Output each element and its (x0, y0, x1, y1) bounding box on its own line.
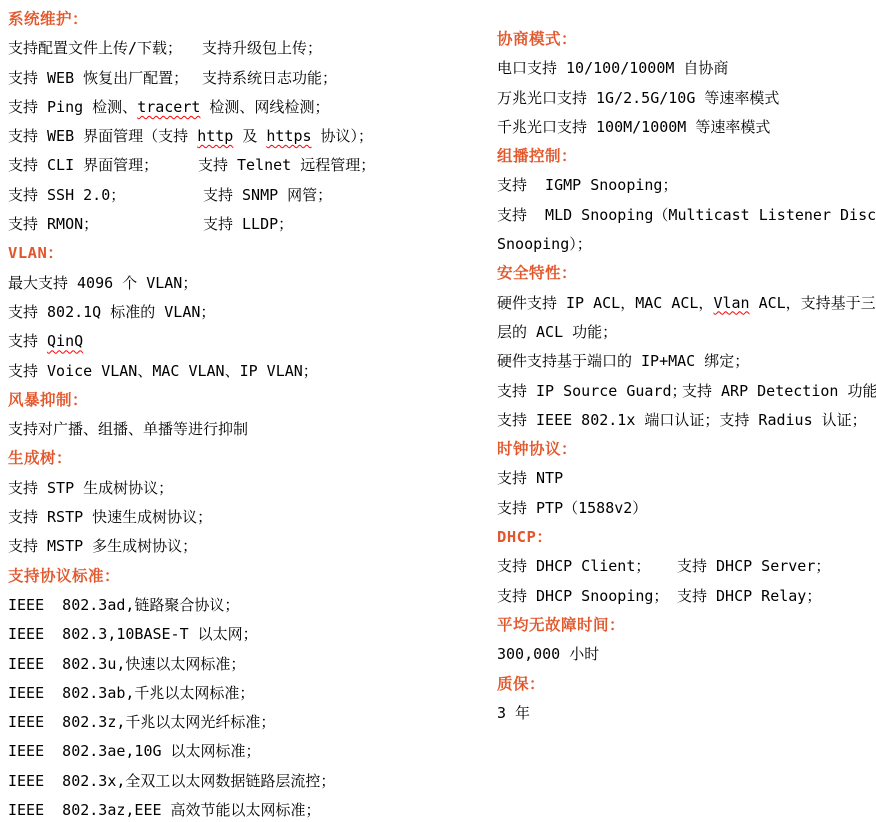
spec-line: 支持 STP 生成树协议； (8, 474, 497, 503)
text-run: 支持升级包上传； (202, 39, 322, 57)
text-run: 支持 Telnet 远程管理； (198, 156, 375, 174)
text-run: 最大支持 4096 个 VLAN； (8, 274, 197, 292)
spec-line: 支持 NTP (497, 464, 868, 493)
spec-line: 支持 SSH 2.0；支持 SNMP 网管； (8, 181, 497, 210)
text-run: 支持 WEB 界面管理（支持 (8, 127, 197, 145)
spec-text-segment: 支持 Telnet 远程管理； (198, 151, 375, 180)
spec-text-segment: VLAN： (8, 239, 63, 268)
spellcheck-word: QinQ (47, 332, 83, 350)
text-run: 及 (233, 127, 266, 145)
text-run: DHCP： (497, 528, 552, 546)
spec-text-segment: 支持 CLI 界面管理； (8, 151, 198, 180)
text-run: 硬件支持基于端口的 IP+MAC 绑定； (497, 352, 749, 370)
spec-line: IEEE 802.3,10BASE-T 以太网； (8, 620, 497, 649)
text-run: 支持 RSTP 快速生成树协议； (8, 508, 212, 526)
spec-text-segment: IEEE 802.3ab,千兆以太网标准； (8, 679, 254, 708)
text-run: 万兆光口支持 1G/2.5G/10G 等速率模式 (497, 89, 779, 107)
text-run: 平均无故障时间： (497, 616, 625, 634)
text-run: 检测、网线检测； (200, 98, 329, 116)
spec-line: 支持 RMON；支持 LLDP； (8, 210, 497, 239)
spec-line: 支持 PTP（1588v2） (497, 494, 868, 523)
spec-text-segment: 硬件支持基于端口的 IP+MAC 绑定； (497, 347, 749, 376)
spec-text-segment: 支持系统日志功能； (202, 64, 337, 93)
section-heading: 组播控制： (497, 142, 868, 171)
spec-text-segment: 安全特性： (497, 259, 577, 288)
spec-text-segment: IEEE 802.3x,全双工以太网数据链路层流控； (8, 767, 335, 796)
spec-line: 支持 IGMP Snooping； (497, 171, 868, 200)
spec-text-segment: 支持协议标准： (8, 562, 120, 591)
spec-line: 硬件支持基于端口的 IP+MAC 绑定； (497, 347, 868, 376)
spec-text-segment: DHCP： (497, 523, 552, 552)
text-run: IEEE 802.3ae,10G 以太网标准； (8, 742, 261, 760)
text-run: 3 年 (497, 704, 530, 722)
spec-column-right: 协商模式：电口支持 10/100/1000M 自协商万兆光口支持 1G/2.5G… (497, 0, 868, 822)
spec-line: 支持 MSTP 多生成树协议； (8, 532, 497, 561)
spec-text-segment: IEEE 802.3,10BASE-T 以太网； (8, 620, 258, 649)
text-run: 生成树： (8, 449, 72, 467)
spec-line: IEEE 802.3ab,千兆以太网标准； (8, 679, 497, 708)
spec-text-segment: 组播控制： (497, 142, 577, 171)
spec-text-segment: 支持 SSH 2.0； (8, 181, 203, 210)
spec-text-segment: 生成树： (8, 444, 72, 473)
spec-text-segment: 时钟协议： (497, 435, 577, 464)
spec-text-segment: 系统维护： (8, 5, 88, 34)
section-heading: 支持协议标准： (8, 562, 497, 591)
spec-text-segment: 协商模式： (497, 25, 577, 54)
spec-line: IEEE 802.3x,全双工以太网数据链路层流控； (8, 767, 497, 796)
spec-text-segment: 支持配置文件上传/下载； (8, 34, 202, 63)
section-heading: 生成树： (8, 444, 497, 473)
spec-line: 支持配置文件上传/下载；支持升级包上传； (8, 34, 497, 63)
text-run: 支持 Ping 检测、 (8, 98, 137, 116)
spec-line: 支持 DHCP Snooping；支持 DHCP Relay； (497, 582, 868, 611)
spec-text-segment: 支持 SNMP 网管； (203, 181, 332, 210)
text-run: 支持 Radius 认证； (719, 411, 866, 429)
text-run: 系统维护： (8, 10, 88, 28)
spec-text-segment: 支持 RSTP 快速生成树协议； (8, 503, 212, 532)
section-heading: 时钟协议： (497, 435, 868, 464)
spec-text-segment: 支持升级包上传； (202, 34, 322, 63)
spec-line: 支持 CLI 界面管理；支持 Telnet 远程管理； (8, 151, 497, 180)
spec-sheet-page: 系统维护：支持配置文件上传/下载；支持升级包上传；支持 WEB 恢复出厂配置；支… (0, 0, 876, 822)
text-run: 支持 STP 生成树协议； (8, 479, 173, 497)
spec-text-segment: 支持 DHCP Snooping； (497, 582, 677, 611)
spec-text-segment: 支持 WEB 恢复出厂配置； (8, 64, 202, 93)
text-run: 支持配置文件上传/下载； (8, 39, 182, 57)
section-heading: 安全特性： (497, 259, 868, 288)
text-run: 支持 DHCP Relay； (677, 587, 821, 605)
text-run: 支持 IGMP Snooping； (497, 176, 677, 194)
text-run: IEEE 802.3u,快速以太网标准； (8, 655, 245, 673)
spec-text-segment: 支持 Voice VLAN、MAC VLAN、IP VLAN； (8, 357, 318, 386)
spec-text-segment: 支持 WEB 界面管理（支持 http 及 https 协议）； (8, 122, 373, 151)
spellcheck-word: https (266, 127, 311, 145)
spec-text-segment: 电口支持 10/100/1000M 自协商 (497, 54, 728, 83)
spec-text-segment: 支持 LLDP； (203, 210, 293, 239)
section-heading: 平均无故障时间： (497, 611, 868, 640)
spellcheck-word: Vlan (713, 294, 749, 312)
spec-text-segment: 千兆光口支持 100M/1000M 等速率模式 (497, 113, 770, 142)
spec-text-segment: IEEE 802.3u,快速以太网标准； (8, 650, 245, 679)
spec-line: 支持 Voice VLAN、MAC VLAN、IP VLAN； (8, 357, 497, 386)
spec-text-segment: 3 年 (497, 699, 530, 728)
spec-line: 300,000 小时 (497, 640, 868, 669)
text-run: 支持 WEB 恢复出厂配置； (8, 69, 188, 87)
spec-text-segment: 万兆光口支持 1G/2.5G/10G 等速率模式 (497, 84, 779, 113)
spec-line: 万兆光口支持 1G/2.5G/10G 等速率模式 (497, 84, 868, 113)
text-run: 支持 SSH 2.0； (8, 186, 125, 204)
text-run: 支持 DHCP Client； (497, 557, 650, 575)
text-run: ACL，支持基于三、四 (750, 294, 876, 312)
text-run: IEEE 802.3z,千兆以太网光纤标准； (8, 713, 275, 731)
spec-text-segment: 支持 IEEE 802.1x 端口认证； (497, 406, 719, 435)
text-run: IEEE 802.3az,EEE 高效节能以太网标准； (8, 801, 321, 819)
spec-line: IEEE 802.3z,千兆以太网光纤标准； (8, 708, 497, 737)
spec-text-segment: 支持 Radius 认证； (719, 406, 866, 435)
spec-line: 支持 WEB 界面管理（支持 http 及 https 协议）； (8, 122, 497, 151)
spec-text-segment: 300,000 小时 (497, 640, 599, 669)
text-run: VLAN： (8, 244, 63, 262)
spec-text-segment: 支持 RMON； (8, 210, 203, 239)
spec-text-segment: 支持 ARP Detection 功能； (682, 377, 876, 406)
spec-line: IEEE 802.3ae,10G 以太网标准； (8, 737, 497, 766)
text-run: IEEE 802.3ab,千兆以太网标准； (8, 684, 254, 702)
spec-line: 电口支持 10/100/1000M 自协商 (497, 54, 868, 83)
spec-column-left: 系统维护：支持配置文件上传/下载；支持升级包上传；支持 WEB 恢复出厂配置；支… (0, 0, 497, 822)
text-run: 支持协议标准： (8, 567, 120, 585)
spec-text-segment: 支持 DHCP Server； (677, 552, 830, 581)
spec-line: 最大支持 4096 个 VLAN； (8, 269, 497, 298)
spec-line: 支持 MLD Snooping（Multicast Listener Disco… (497, 201, 868, 230)
text-run: 支持 PTP（1588v2） (497, 499, 647, 517)
spec-line: 支持 Ping 检测、tracert 检测、网线检测； (8, 93, 497, 122)
spec-line: IEEE 802.3u,快速以太网标准； (8, 650, 497, 679)
spec-text-segment: 支持 IGMP Snooping； (497, 171, 677, 200)
spec-text-segment: Snooping）； (497, 230, 592, 259)
text-run: 协议）； (312, 127, 374, 145)
spec-text-segment: 支持对广播、组播、单播等进行抑制 (8, 415, 248, 444)
section-heading: 协商模式： (497, 25, 868, 54)
text-run: 支持 MLD Snooping（Multicast Listener Disco… (497, 206, 876, 224)
spec-text-segment: 硬件支持 IP ACL，MAC ACL，Vlan ACL，支持基于三、四 (497, 289, 876, 318)
spec-text-segment: IEEE 802.3az,EEE 高效节能以太网标准； (8, 796, 321, 822)
section-heading: 质保： (497, 670, 868, 699)
spec-line: 支持对广播、组播、单播等进行抑制 (8, 415, 497, 444)
text-run: 支持 IP Source Guard； (497, 382, 687, 400)
spec-text-segment: IEEE 802.3ae,10G 以太网标准； (8, 737, 261, 766)
spellcheck-word: http (197, 127, 233, 145)
spec-text-segment: 支持 STP 生成树协议； (8, 474, 173, 503)
text-run: Snooping）； (497, 235, 592, 253)
spec-line: 支持 802.1Q 标准的 VLAN； (8, 298, 497, 327)
text-run: 支持 NTP (497, 469, 563, 487)
spec-line: 支持 QinQ (8, 327, 497, 356)
text-run: IEEE 802.3ad,链路聚合协议； (8, 596, 239, 614)
spec-text-segment: 质保： (497, 670, 545, 699)
spec-line: Snooping）； (497, 230, 868, 259)
text-run: 支持 IEEE 802.1x 端口认证； (497, 411, 719, 429)
spec-text-segment: IEEE 802.3ad,链路聚合协议； (8, 591, 239, 620)
spec-text-segment: 支持 QinQ (8, 327, 83, 356)
text-run: 协商模式： (497, 30, 577, 48)
text-run: 千兆光口支持 100M/1000M 等速率模式 (497, 118, 770, 136)
section-heading: DHCP： (497, 523, 868, 552)
spec-line: 千兆光口支持 100M/1000M 等速率模式 (497, 113, 868, 142)
text-run: 支持 MSTP 多生成树协议； (8, 537, 197, 555)
spec-line: 支持 WEB 恢复出厂配置；支持系统日志功能； (8, 64, 497, 93)
section-heading: VLAN： (8, 239, 497, 268)
spec-text-segment: IEEE 802.3z,千兆以太网光纤标准； (8, 708, 275, 737)
spec-text-segment: 层的 ACL 功能； (497, 318, 617, 347)
text-run: 支持系统日志功能； (202, 69, 337, 87)
text-run: 支持 ARP Detection 功能； (682, 382, 876, 400)
text-run: 支持 LLDP； (203, 215, 293, 233)
spec-text-segment: 支持 PTP（1588v2） (497, 494, 647, 523)
text-run: 300,000 小时 (497, 645, 599, 663)
text-run: 支持 DHCP Server； (677, 557, 830, 575)
text-run: 安全特性： (497, 264, 577, 282)
text-run: IEEE 802.3,10BASE-T 以太网； (8, 625, 258, 643)
spec-line: IEEE 802.3ad,链路聚合协议； (8, 591, 497, 620)
spec-text-segment: 支持 802.1Q 标准的 VLAN； (8, 298, 215, 327)
spec-line: 支持 IP Source Guard；支持 ARP Detection 功能； (497, 377, 868, 406)
text-run: 时钟协议： (497, 440, 577, 458)
spec-line: IEEE 802.3az,EEE 高效节能以太网标准； (8, 796, 497, 822)
text-run: 质保： (497, 675, 545, 693)
spec-line: 支持 DHCP Client；支持 DHCP Server； (497, 552, 868, 581)
spec-line: 3 年 (497, 699, 868, 728)
spec-line: 层的 ACL 功能； (497, 318, 868, 347)
text-run: IEEE 802.3x,全双工以太网数据链路层流控； (8, 772, 335, 790)
section-heading: 风暴抑制： (8, 386, 497, 415)
spec-text-segment: 支持 DHCP Relay； (677, 582, 821, 611)
spec-text-segment: 支持 NTP (497, 464, 563, 493)
text-run: 支持 SNMP 网管； (203, 186, 332, 204)
spec-text-segment: 支持 IP Source Guard； (497, 377, 682, 406)
spec-line: 支持 IEEE 802.1x 端口认证；支持 Radius 认证； (497, 406, 868, 435)
text-run: 风暴抑制： (8, 391, 88, 409)
spec-text-segment: 支持 Ping 检测、tracert 检测、网线检测； (8, 93, 329, 122)
text-run: 支持 RMON； (8, 215, 98, 233)
text-run: 层的 ACL 功能； (497, 323, 617, 341)
section-heading: 系统维护： (8, 5, 497, 34)
spec-text-segment: 支持 DHCP Client； (497, 552, 677, 581)
text-run: 组播控制： (497, 147, 577, 165)
text-run: 电口支持 10/100/1000M 自协商 (497, 59, 728, 77)
spec-text-segment: 平均无故障时间： (497, 611, 625, 640)
text-run: 支持 802.1Q 标准的 VLAN； (8, 303, 215, 321)
text-run: 支持 CLI 界面管理； (8, 156, 158, 174)
spec-line: 硬件支持 IP ACL，MAC ACL，Vlan ACL，支持基于三、四 (497, 289, 868, 318)
spec-text-segment: 最大支持 4096 个 VLAN； (8, 269, 197, 298)
spec-text-segment: 支持 MSTP 多生成树协议； (8, 532, 197, 561)
text-run: 支持对广播、组播、单播等进行抑制 (8, 420, 248, 438)
text-run: 支持 DHCP Snooping； (497, 587, 668, 605)
text-run: 支持 Voice VLAN、MAC VLAN、IP VLAN； (8, 362, 318, 380)
spec-line: 支持 RSTP 快速生成树协议； (8, 503, 497, 532)
text-run: 硬件支持 IP ACL，MAC ACL， (497, 294, 713, 312)
text-run: 支持 (8, 332, 47, 350)
spellcheck-word: tracert (137, 98, 200, 116)
spec-text-segment: 风暴抑制： (8, 386, 88, 415)
spec-text-segment: 支持 MLD Snooping（Multicast Listener Disco… (497, 201, 876, 230)
